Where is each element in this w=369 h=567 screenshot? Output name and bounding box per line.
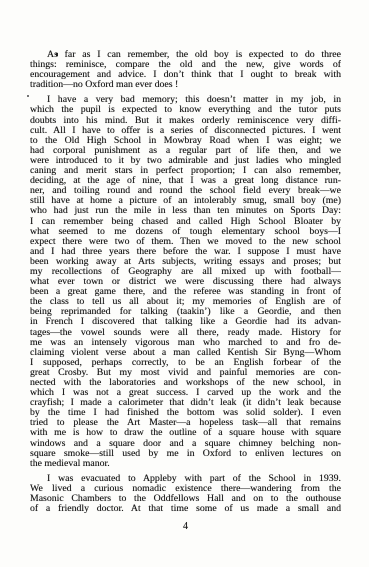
text-line: great Crosby. But my most vivid and pain… xyxy=(30,368,341,378)
page-number: 4 xyxy=(30,521,341,532)
text-line: the class to tell us all about it; my me… xyxy=(30,297,341,307)
text-line: I can remember being chased and called H… xyxy=(30,217,341,227)
text-line: who had just run the mile in less than t… xyxy=(30,206,341,216)
text-line: deciding, at the age of nine, that I was… xyxy=(30,176,341,186)
text-line: with me is how to draw the outline of a … xyxy=(30,428,341,438)
text-line: I have a very bad memory; this doesn’t m… xyxy=(30,95,341,105)
text-line: I supposed, perhaps correctly, to be an … xyxy=(30,358,341,368)
text-line: what ever town or district we were discu… xyxy=(30,277,341,287)
text-line: which the pupil is expected to know ever… xyxy=(30,105,341,115)
text-line: windows and a square door and a square c… xyxy=(30,439,341,449)
text-block: As far as I can remember, the old boy is… xyxy=(30,50,341,514)
text-line: being reprimanded for talking (taakin’) … xyxy=(30,307,341,317)
text-line: crayfish; I made a calorimeter that didn… xyxy=(30,398,341,408)
text-line: of a friendly doctor. At that time some … xyxy=(30,504,341,514)
text-line: been working away at Arts subjects, writ… xyxy=(30,257,341,267)
paragraph: As far as I can remember, the old boy is… xyxy=(30,50,341,90)
text-line: encouragement and advice. I don’t think … xyxy=(30,70,341,80)
text-line: We lived a curious nomadic existence the… xyxy=(30,484,341,494)
text-line: Masonic Chambers to the Oddfellows Hall … xyxy=(30,494,341,504)
text-line: ner, and toiling round and round the sch… xyxy=(30,186,341,196)
text-line: square smoke—still used by me in Oxford … xyxy=(30,449,341,459)
text-line: to the Old High School in Mowbray Road w… xyxy=(30,136,341,146)
text-line: I was evacuated to Appleby with part of … xyxy=(30,474,341,484)
text-line: had corporal punishment as a regular par… xyxy=(30,146,341,156)
scan-speck xyxy=(27,95,29,97)
paragraph: I have a very bad memory; this doesn’t m… xyxy=(30,95,341,468)
text-line: what seemed to me dozens of tough elemen… xyxy=(30,227,341,237)
text-line: tried to please the Art Master—a hopeles… xyxy=(30,418,341,428)
text-line: caning and merit stars in perfect propor… xyxy=(30,166,341,176)
scanned-book-page: As far as I can remember, the old boy is… xyxy=(0,0,369,567)
text-line: been a great game there, and the referee… xyxy=(30,287,341,297)
text-line: in French I discovered that talking like… xyxy=(30,317,341,327)
text-line: tages—the vowel sounds were all there, r… xyxy=(30,328,341,338)
text-line: and I had three years there before the w… xyxy=(30,247,341,257)
text-line: doubts into his mind. But it makes order… xyxy=(30,116,341,126)
text-line: still have at home a picture of an intol… xyxy=(30,196,341,206)
text-line: things: reminisce, compare the old and t… xyxy=(30,60,341,70)
text-line: As far as I can remember, the old boy is… xyxy=(30,50,341,60)
text-line: by the time I had finished the bottom wa… xyxy=(30,408,341,418)
text-line: my recollections of Geography are all mi… xyxy=(30,267,341,277)
text-line: me was an intensely vigorous man who mar… xyxy=(30,338,341,348)
paragraph: I was evacuated to Appleby with part of … xyxy=(30,474,341,514)
text-line: which I was not a great success. I carve… xyxy=(30,388,341,398)
text-line: the medieval manor. xyxy=(30,459,341,469)
text-line: expect there were two of them. Then we m… xyxy=(30,237,341,247)
text-line: were introduced to it by two admirable a… xyxy=(30,156,341,166)
text-line: nected with the laboratories and worksho… xyxy=(30,378,341,388)
text-line: claiming violent verse about a man calle… xyxy=(30,348,341,358)
text-line: tradition—no Oxford man ever does ! xyxy=(30,80,341,90)
text-line: cult. All I have to offer is a series of… xyxy=(30,126,341,136)
